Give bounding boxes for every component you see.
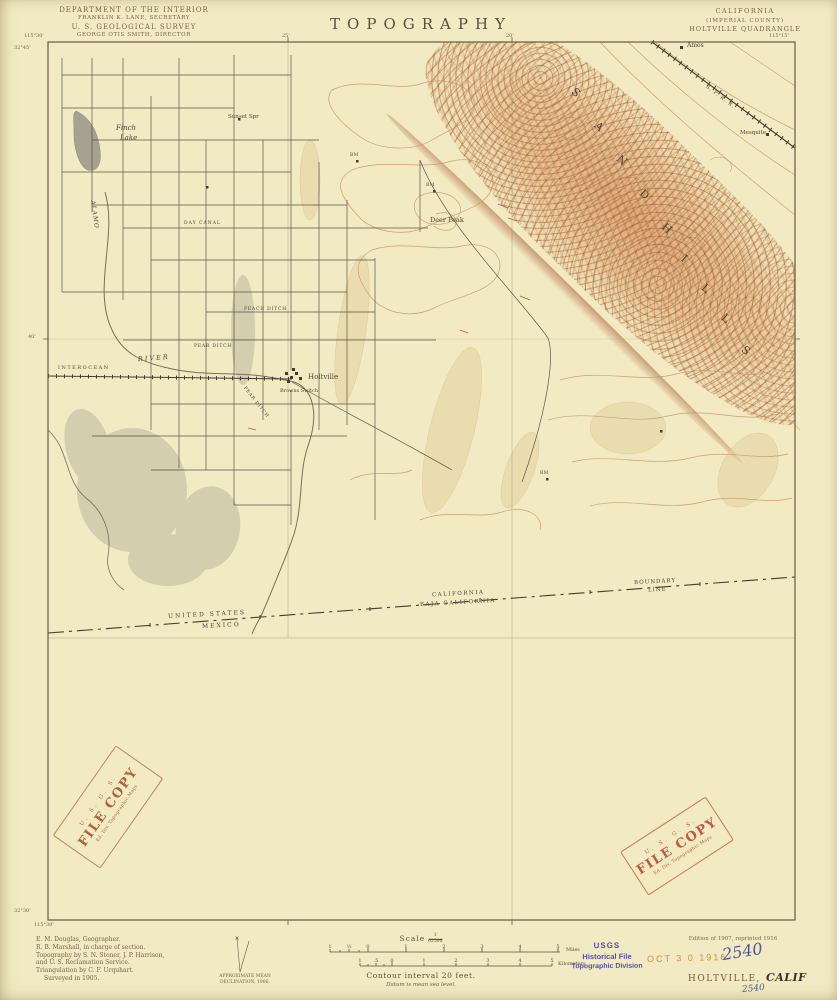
mesquite-station-label: Mesquite <box>740 130 766 136</box>
buildings <box>206 46 769 481</box>
holtville-label: Holtville <box>308 373 338 381</box>
contour-interval-note: Contour interval 20 feet. <box>366 971 475 980</box>
browns-switch-label: Browns Switch <box>280 388 318 394</box>
km-tick: 0 <box>390 958 393 964</box>
miles-tick: 3 <box>480 944 483 950</box>
km-tick: 1 <box>358 958 361 964</box>
scale-word: Scale <box>400 934 426 943</box>
datum-note: Datum is mean sea level. <box>386 982 456 988</box>
railroad-west <box>48 376 292 379</box>
amos-station-label: Amos <box>687 42 704 49</box>
finch-lake-shape <box>74 111 101 170</box>
miles-tick: 1 <box>404 944 407 950</box>
red-hachures <box>248 204 530 430</box>
km-tick: 4 <box>518 958 521 964</box>
km-tick: 1 <box>422 958 425 964</box>
miles-tick: 1 <box>328 944 331 950</box>
scale-denominator: 62500 <box>428 939 442 945</box>
credit-line: Triangulation by C. F. Urquhart. <box>36 967 164 975</box>
sheet-name-town: HOLTVILLE, <box>688 974 761 984</box>
miles-tick: 0 <box>366 944 369 950</box>
river-wash-patches <box>56 275 255 586</box>
interocean-rail-label: INTEROCEAN <box>58 365 110 371</box>
edition-note: Edition of 1907, reprinted 1916 <box>689 936 778 942</box>
finch-lake-label-1: Finch <box>116 124 136 132</box>
date-stamp: OCT 3 0 1916 <box>647 952 728 964</box>
benchmark-label: BM <box>540 471 549 476</box>
declination-caption: APPROXIMATE MEAN DECLINATION, 1906. <box>205 974 285 986</box>
historical-file-stamp: USGS Historical File Topographic Divisio… <box>552 941 662 972</box>
miles-tick: 2 <box>442 944 445 950</box>
day-canal-label: DAY CANAL <box>184 221 221 226</box>
km-tick: .5 <box>374 958 379 964</box>
peach-ditch-label: PEACH DITCH <box>244 307 287 312</box>
benchmark-label: BM <box>350 153 359 158</box>
declination-caption-line: DECLINATION, 1906. <box>205 980 285 986</box>
sheet-name: HOLTVILLE, CALIF <box>688 966 807 985</box>
sand-patches <box>300 140 791 518</box>
sunset-spring-label: Sunset Spr <box>228 114 259 120</box>
pear-ditch-label: PEAR DITCH <box>194 344 232 349</box>
km-tick: 2 <box>454 958 457 964</box>
credit-line: Topography by S. N. Stoner, J. P. Harris… <box>36 952 164 960</box>
boundary-line-label: LINE <box>648 587 667 594</box>
credits-block: E. M. Douglas, Geographer. R. B. Marshal… <box>36 936 164 983</box>
km-tick: 3 <box>486 958 489 964</box>
finch-lake-label-2: Lake <box>120 134 137 142</box>
sheet-name-state: CALIF <box>766 971 806 984</box>
credit-line: Surveyed in 1905. <box>36 975 164 983</box>
miles-tick: 4 <box>518 944 521 950</box>
credit-line: and U. S. Reclamation Service. <box>36 959 164 967</box>
miles-tick: ½ <box>347 944 352 950</box>
credit-line: E. M. Douglas, Geographer. <box>36 936 164 944</box>
hill-texture <box>558 117 761 314</box>
credit-line: R. B. Marshall, in charge of section. <box>36 944 164 952</box>
deer-peak-label: Deer Peak <box>430 216 464 224</box>
map-sheet: DEPARTMENT OF THE INTERIOR FRANKLIN K. L… <box>0 0 837 1000</box>
scale-bars <box>330 948 560 966</box>
benchmark-label: BM <box>426 183 435 188</box>
stamp-topo-division: Topographic Division <box>552 961 662 971</box>
declination-diagram <box>236 937 250 973</box>
scale-fraction: 1 62500 <box>428 934 442 945</box>
